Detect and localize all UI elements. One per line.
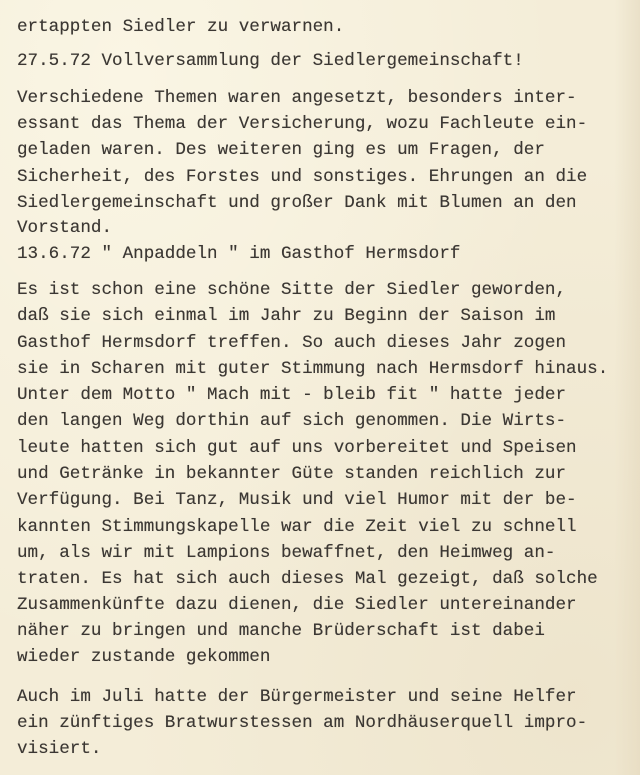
text-line-closing-previous: ertappten Siedler zu verwarnen. <box>17 17 344 37</box>
text-line: geladen waren. Des weiteren ging es um F… <box>17 140 545 160</box>
text-line: und Getränke in bekannter Güte standen r… <box>17 464 566 484</box>
text-line: Gasthof Hermsdorf treffen. So auch diese… <box>17 333 566 353</box>
entry-heading-vollversammlung: 27.5.72 Vollversammlung der Siedlergemei… <box>17 51 524 71</box>
entry-heading-anpaddeln: 13.6.72 " Anpaddeln " im Gasthof Hermsdo… <box>17 244 460 264</box>
text-line: Vorstand. <box>17 218 112 238</box>
text-line: um, als wir mit Lampions bewaffnet, den … <box>17 543 555 563</box>
text-line: kannten Stimmungskapelle war die Zeit vi… <box>17 517 577 537</box>
text-line: Es ist schon eine schöne Sitte der Siedl… <box>17 280 566 300</box>
text-line: visiert. <box>17 739 101 759</box>
text-line: traten. Es hat sich auch dieses Mal geze… <box>17 569 598 589</box>
text-line: leute hatten sich gut auf uns vorbereite… <box>17 438 577 458</box>
text-line: essant das Thema der Versicherung, wozu … <box>17 114 587 134</box>
typewritten-page: ertappten Siedler zu verwarnen. 27.5.72 … <box>0 0 640 775</box>
text-line: Verfügung. Bei Tanz, Musik und viel Humo… <box>17 490 577 510</box>
text-line: ein zünftiges Bratwurstessen am Nordhäus… <box>17 713 587 733</box>
text-line: Auch im Juli hatte der Bürgermeister und… <box>17 687 577 707</box>
text-line: näher zu bringen und manche Brüderschaft… <box>17 621 545 641</box>
text-line: Siedlergemeinschaft und großer Dank mit … <box>17 193 577 213</box>
text-line: Zusammenkünfte dazu dienen, die Siedler … <box>17 595 577 615</box>
text-line: sie in Scharen mit guter Stimmung nach H… <box>17 359 608 379</box>
text-line: wieder zustande gekommen <box>17 647 270 667</box>
text-line: Verschiedene Themen waren angesetzt, bes… <box>17 88 577 108</box>
text-line: daß sie sich einmal im Jahr zu Beginn de… <box>17 306 555 326</box>
text-line: Sicherheit, des Forstes und sonstiges. E… <box>17 167 587 187</box>
text-line: Unter dem Motto " Mach mit - bleib fit "… <box>17 385 566 405</box>
text-line: den langen Weg dorthin auf sich genommen… <box>17 411 566 431</box>
